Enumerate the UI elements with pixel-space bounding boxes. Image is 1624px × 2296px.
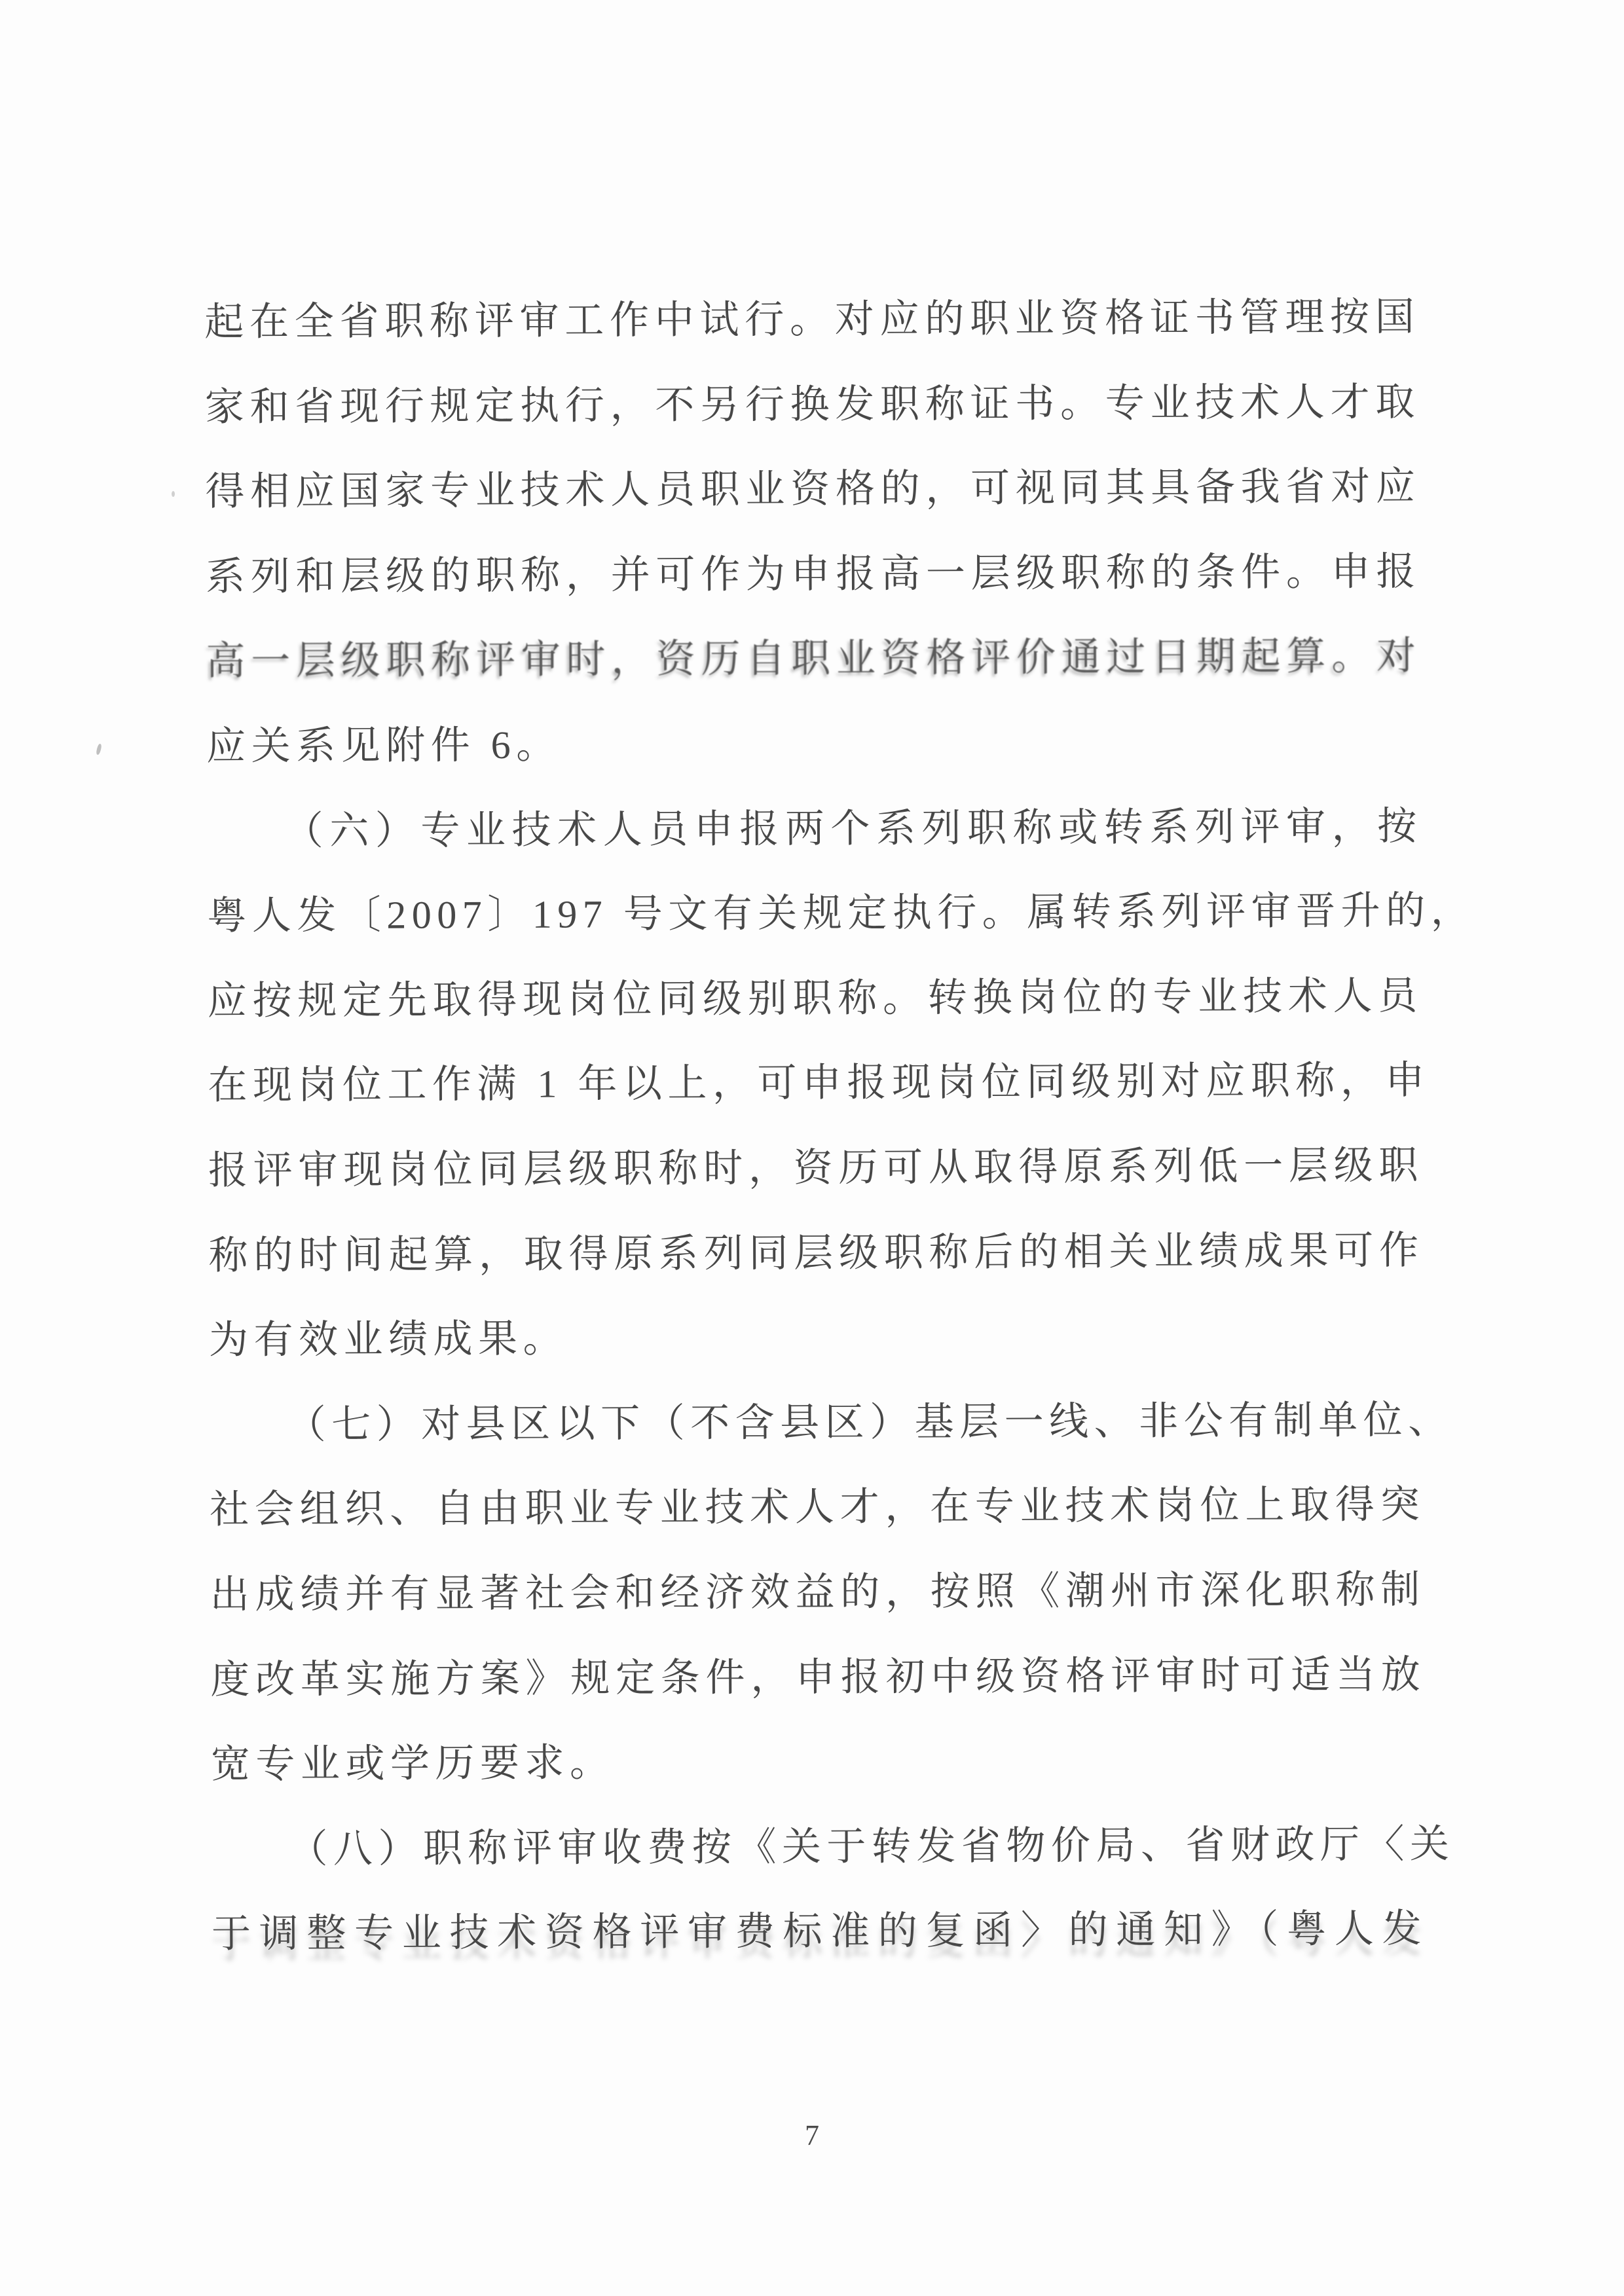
text-line: 社会组织、自由职业专业技术人才，在专业技术岗位上取得突 bbox=[210, 1463, 1426, 1553]
text-line: 粤人发〔2007〕197 号文有关规定执行。属转系列评审晋升的， bbox=[207, 869, 1423, 959]
text-line: 家和省现行规定执行，不另行换发职称证书。专业技术人才取 bbox=[205, 359, 1421, 450]
text-line: 为有效业绩成果。 bbox=[209, 1293, 1425, 1383]
text-line: （七）对县区以下（不含县区）基层一线、非公有制单位、 bbox=[209, 1378, 1425, 1468]
text-line: 在现岗位工作满 1 年以上，可申报现岗位同级别对应职称，申 bbox=[208, 1038, 1424, 1129]
text-line: 出成绩并有显著社会和经济效益的，按照《潮州市深化职称制 bbox=[210, 1548, 1426, 1638]
text-line: 高一层级职称评审时，资历自职业资格评价通过日期起算。对 bbox=[206, 614, 1422, 704]
document-page: 起在全省职称评审工作中试行。对应的职业资格证书管理按国 家和省现行规定执行，不另… bbox=[0, 0, 1624, 2296]
text-line: 度改革实施方案》规定条件，申报初中级资格评审时可适当放 bbox=[210, 1632, 1426, 1722]
body-text: 起在全省职称评审工作中试行。对应的职业资格证书管理按国 家和省现行规定执行，不另… bbox=[204, 275, 1427, 1977]
text-line: （六）专业技术人员申报两个系列职称或转系列评审，按 bbox=[206, 784, 1422, 874]
text-line: 应按规定先取得现岗位同级别职称。转换岗位的专业技术人员 bbox=[208, 954, 1424, 1044]
text-line: 于调整专业技术资格评审费标准的复函〉的通知》（粤人发 bbox=[212, 1887, 1428, 1977]
text-line: 得相应国家专业技术人员职业资格的，可视同其具备我省对应 bbox=[205, 445, 1421, 535]
text-line: 宽专业或学历要求。 bbox=[211, 1717, 1427, 1808]
text-line: 称的时间起算，取得原系列同层级职称后的相关业绩成果可作 bbox=[208, 1208, 1424, 1298]
text-line: （八）职称评审收费按《关于转发省物价局、省财政厅〈关 bbox=[211, 1802, 1427, 1893]
page-number: 7 bbox=[0, 2117, 1624, 2154]
text-line: 报评审现岗位同层级职称时，资历可从取得原系列低一层级职 bbox=[208, 1123, 1424, 1214]
text-line: 系列和层级的职称，并可作为申报高一层级职称的条件。申报 bbox=[206, 530, 1422, 620]
text-line: 起在全省职称评审工作中试行。对应的职业资格证书管理按国 bbox=[204, 275, 1420, 365]
scan-artifact bbox=[96, 744, 102, 756]
scan-artifact bbox=[172, 491, 175, 497]
text-line: 应关系见附件 6。 bbox=[206, 699, 1422, 790]
